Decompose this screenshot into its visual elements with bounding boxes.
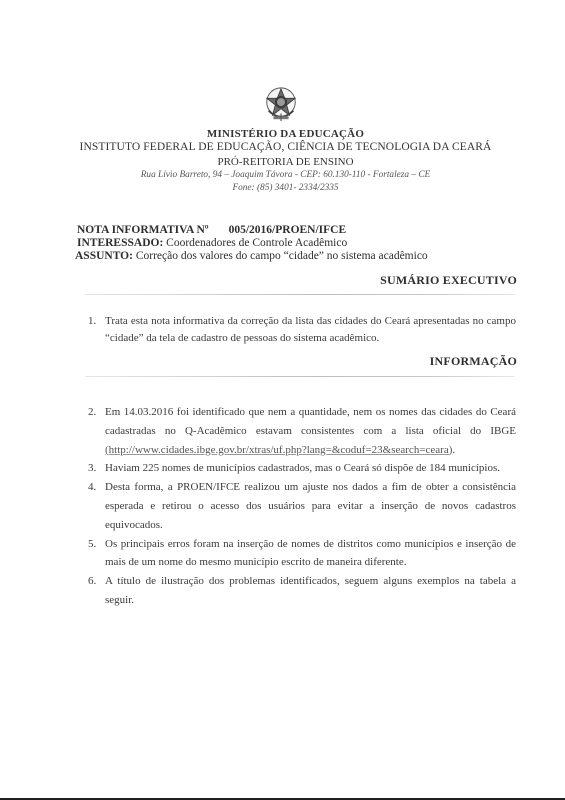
item-text: Em 14.03.2016 foi identificado que nem a… — [105, 406, 516, 437]
note-number-line: NOTA INFORMATIVA Nº005/2016/PROEN/IFCE — [77, 224, 346, 236]
section-divider — [85, 376, 515, 377]
ibge-link[interactable]: (http://www.cidades.ibge.gov.br/xtras/uf… — [105, 444, 452, 456]
note-label: NOTA INFORMATIVA Nº — [77, 224, 209, 236]
note-number: 005/2016/PROEN/IFCE — [229, 224, 347, 236]
item-text-suffix: . — [452, 444, 455, 456]
phone-line: Fone: (85) 3401- 2334/2335 — [3, 183, 565, 193]
brazil-coat-of-arms-icon — [262, 85, 300, 123]
information-list: 2. Em 14.03.2016 foi identificado que ne… — [88, 403, 516, 610]
item-number: 6. — [88, 572, 96, 591]
item-number: 3. — [88, 459, 96, 478]
list-item: 2. Em 14.03.2016 foi identificado que ne… — [88, 403, 516, 459]
item-number: 2. — [88, 403, 96, 422]
list-item: 4. Desta forma, a PROEN/IFCE realizou um… — [88, 478, 516, 534]
interested-label: INTERESSADO: — [77, 237, 163, 249]
interested-value: Coordenadores de Controle Acadêmico — [163, 237, 347, 249]
document-page: MINISTÉRIO DA EDUCAÇÃO INSTITUTO FEDERAL… — [0, 0, 565, 798]
summary-list: 1. Trata esta nota informativa da correç… — [88, 313, 516, 347]
item-number: 4. — [88, 478, 96, 497]
item-text: Trata esta nota informativa da correção … — [105, 315, 516, 344]
subject-label: ASSUNTO: — [75, 250, 133, 262]
interested-line: INTERESSADO: Coordenadores de Controle A… — [77, 237, 347, 249]
department-heading: PRÓ-REITORIA DE ENSINO — [3, 156, 565, 168]
subject-line: ASSUNTO: Correção dos valores do campo “… — [75, 250, 428, 262]
list-item: 5. Os principais erros foram na inserção… — [88, 535, 516, 573]
subject-value: Correção dos valores do campo “cidade” n… — [133, 250, 428, 262]
section-divider — [85, 294, 515, 295]
item-text: Os principais erros foram na inserção de… — [105, 538, 516, 569]
item-text: Desta forma, a PROEN/IFCE realizou um aj… — [105, 481, 516, 531]
ministry-heading: MINISTÉRIO DA EDUCAÇÃO — [3, 128, 565, 140]
item-number: 5. — [88, 535, 96, 554]
address-line: Rua Lívio Barreto, 94 – Joaquim Távora -… — [3, 170, 565, 180]
list-item: 3. Haviam 225 nomes de municípios cadast… — [88, 459, 516, 478]
item-text: A título de ilustração dos problemas ide… — [105, 575, 516, 606]
information-heading: INFORMAÇÃO — [430, 354, 517, 369]
list-item: 1. Trata esta nota informativa da correç… — [88, 313, 516, 347]
executive-summary-heading: SUMÁRIO EXECUTIVO — [380, 273, 517, 288]
item-text: Haviam 225 nomes de municípios cadastrad… — [105, 462, 500, 474]
list-item: 6. A título de ilustração dos problemas … — [88, 572, 516, 610]
item-number: 1. — [88, 313, 96, 330]
institute-heading: INSTITUTO FEDERAL DE EDUCAÇÃO, CIÊNCIA D… — [3, 141, 565, 153]
